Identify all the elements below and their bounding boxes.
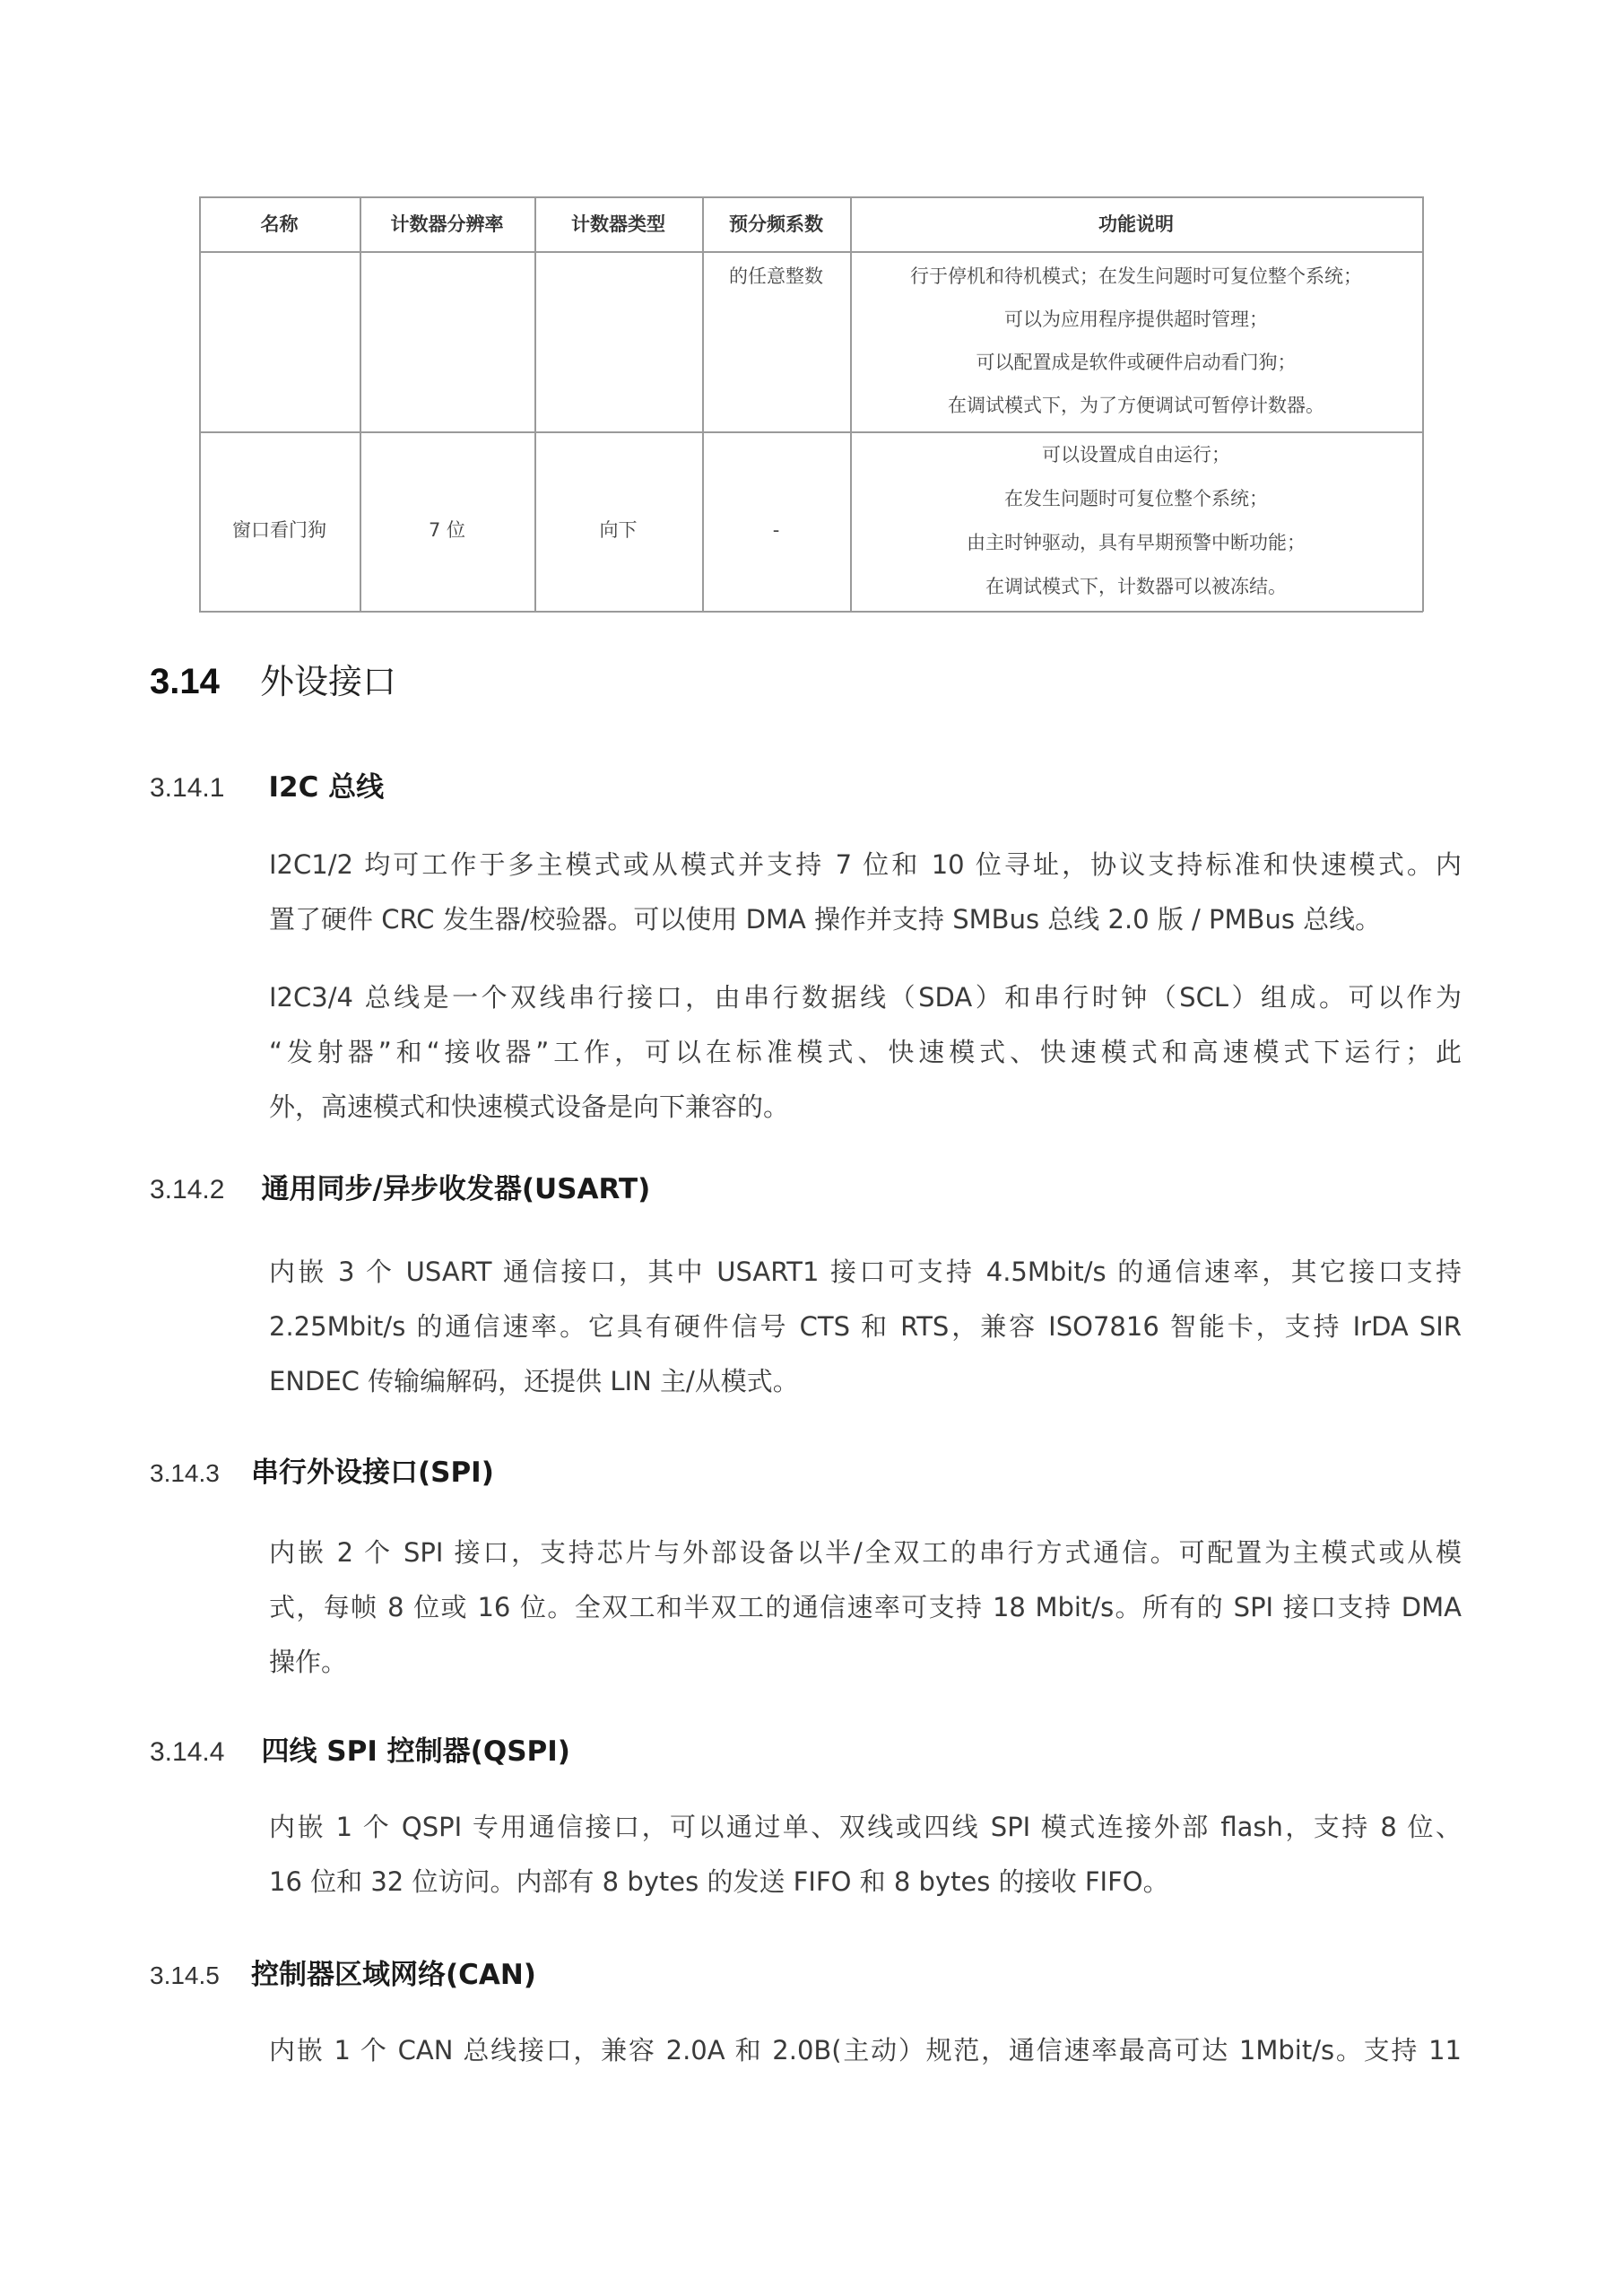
subsection-title: 四线 SPI 控制器(QSPI)	[262, 1735, 570, 1768]
paragraph-line: I2C3/4 总线是一个双线串行接口，由串行数据线（SDA）和串行时钟（SCL）…	[269, 970, 1462, 1025]
subsection-number: 3.14.3	[150, 1459, 220, 1487]
paragraph-spi: 内嵌 2 个 SPI 接口，支持芯片与外部设备以半/全双工的串行方式通信。可配置…	[269, 1526, 1462, 1690]
description-line: 行于停机和待机模式；在发生问题时可复位整个系统；	[850, 255, 1422, 298]
subsection-heading-qspi: 3.14.4 四线 SPI 控制器(QSPI)	[150, 1734, 570, 1774]
subsection-title: 通用同步/异步收发器(USART)	[262, 1173, 651, 1205]
section-number: 3.14	[150, 662, 220, 701]
table-header-name: 名称	[199, 196, 360, 252]
table-header-resolution: 计数器分辨率	[360, 196, 534, 252]
subsection-title: I2C 总线	[269, 771, 385, 804]
paragraph-line: 2.25Mbit/s 的通信速率。它具有硬件信号 CTS 和 RTS，兼容 IS…	[269, 1300, 1462, 1354]
subsection-heading-usart: 3.14.2 通用同步/异步收发器(USART)	[150, 1171, 650, 1212]
table-cell-name: 窗口看门狗	[199, 509, 360, 552]
paragraph-line: 内嵌 3 个 USART 通信接口，其中 USART1 接口可支持 4.5Mbi…	[269, 1245, 1462, 1300]
paragraph-qspi: 内嵌 1 个 QSPI 专用通信接口，可以通过单、双线或四线 SPI 模式连接外…	[269, 1800, 1462, 1909]
timer-table: 名称 计数器分辨率 计数器类型 预分频系数 功能说明 的任意整数 行于停机和待机…	[199, 196, 1423, 612]
description-line: 可以设置成自由运行；	[850, 433, 1422, 477]
table-header-type: 计数器类型	[534, 196, 702, 252]
subsection-number: 3.14.1	[150, 773, 224, 803]
description-line: 可以为应用程序提供超时管理；	[850, 298, 1422, 341]
table-cell-description: 行于停机和待机模式；在发生问题时可复位整个系统； 可以为应用程序提供超时管理； …	[850, 255, 1422, 427]
subsection-number: 3.14.5	[150, 1961, 220, 1989]
subsection-heading-i2c: 3.14.1 I2C 总线	[150, 770, 384, 810]
table-cell-description: 可以设置成自由运行； 在发生问题时可复位整个系统； 由主时钟驱动，具有早期预警中…	[850, 433, 1422, 609]
paragraph-line: 内嵌 1 个 CAN 总线接口，兼容 2.0A 和 2.0B(主动）规范，通信速…	[269, 2023, 1462, 2078]
paragraph-line: ENDEC 传输编解码，还提供 LIN 主/从模式。	[269, 1354, 1462, 1409]
paragraph-line: 16 位和 32 位访问。内部有 8 bytes 的发送 FIFO 和 8 by…	[269, 1855, 1462, 1909]
subsection-title: 串行外设接口(SPI)	[251, 1457, 494, 1489]
description-line: 在发生问题时可复位整个系统；	[850, 477, 1422, 521]
table-cell-resolution: 7 位	[360, 509, 534, 552]
paragraph-line: 式，每帧 8 位或 16 位。全双工和半双工的通信速率可支持 18 Mbit/s…	[269, 1580, 1462, 1635]
table-header-prescaler: 预分频系数	[702, 196, 850, 252]
paragraph-line: 操作。	[269, 1635, 1462, 1690]
description-line: 在调试模式下，计数器可以被冻结。	[850, 565, 1422, 609]
table-cell-type: 向下	[534, 509, 702, 552]
paragraph-i2c-1: I2C1/2 均可工作于多主模式或从模式并支持 7 位和 10 位寻址，协议支持…	[269, 838, 1462, 947]
subsection-heading-spi: 3.14.3 串行外设接口(SPI)	[150, 1455, 494, 1495]
section-title: 外设接口	[260, 662, 396, 701]
paragraph-line: I2C1/2 均可工作于多主模式或从模式并支持 7 位和 10 位寻址，协议支持…	[269, 838, 1462, 892]
subsection-number: 3.14.4	[150, 1737, 224, 1767]
subsection-number: 3.14.2	[150, 1175, 224, 1205]
paragraph-i2c-2: I2C3/4 总线是一个双线串行接口，由串行数据线（SDA）和串行时钟（SCL）…	[269, 970, 1462, 1135]
paragraph-line: “发射器”和“接收器”工作，可以在标准模式、快速模式、快速模式和高速模式下运行；…	[269, 1025, 1462, 1080]
description-line: 由主时钟驱动，具有早期预警中断功能；	[850, 521, 1422, 565]
table-cell-prescaler: -	[702, 509, 850, 552]
paragraph-line: 内嵌 1 个 QSPI 专用通信接口，可以通过单、双线或四线 SPI 模式连接外…	[269, 1800, 1462, 1855]
table-cell-prescaler: 的任意整数	[702, 255, 850, 298]
paragraph-line: 内嵌 2 个 SPI 接口，支持芯片与外部设备以半/全双工的串行方式通信。可配置…	[269, 1526, 1462, 1580]
description-line: 可以配置成是软件或硬件启动看门狗；	[850, 341, 1422, 384]
table-bottom-border	[199, 611, 1423, 613]
section-heading: 3.14 外设接口	[150, 659, 396, 711]
table-header-description: 功能说明	[850, 196, 1422, 252]
description-line: 在调试模式下，为了方便调试可暂停计数器。	[850, 384, 1422, 427]
paragraph-can: 内嵌 1 个 CAN 总线接口，兼容 2.0A 和 2.0B(主动）规范，通信速…	[269, 2023, 1462, 2078]
subsection-title: 控制器区域网络(CAN)	[251, 1959, 536, 1991]
table-border-right	[1422, 196, 1424, 612]
paragraph-line: 外，高速模式和快速模式设备是向下兼容的。	[269, 1080, 1462, 1135]
subsection-heading-can: 3.14.5 控制器区域网络(CAN)	[150, 1957, 536, 1997]
paragraph-line: 置了硬件 CRC 发生器/校验器。可以使用 DMA 操作并支持 SMBus 总线…	[269, 892, 1462, 947]
paragraph-usart: 内嵌 3 个 USART 通信接口，其中 USART1 接口可支持 4.5Mbi…	[269, 1245, 1462, 1409]
